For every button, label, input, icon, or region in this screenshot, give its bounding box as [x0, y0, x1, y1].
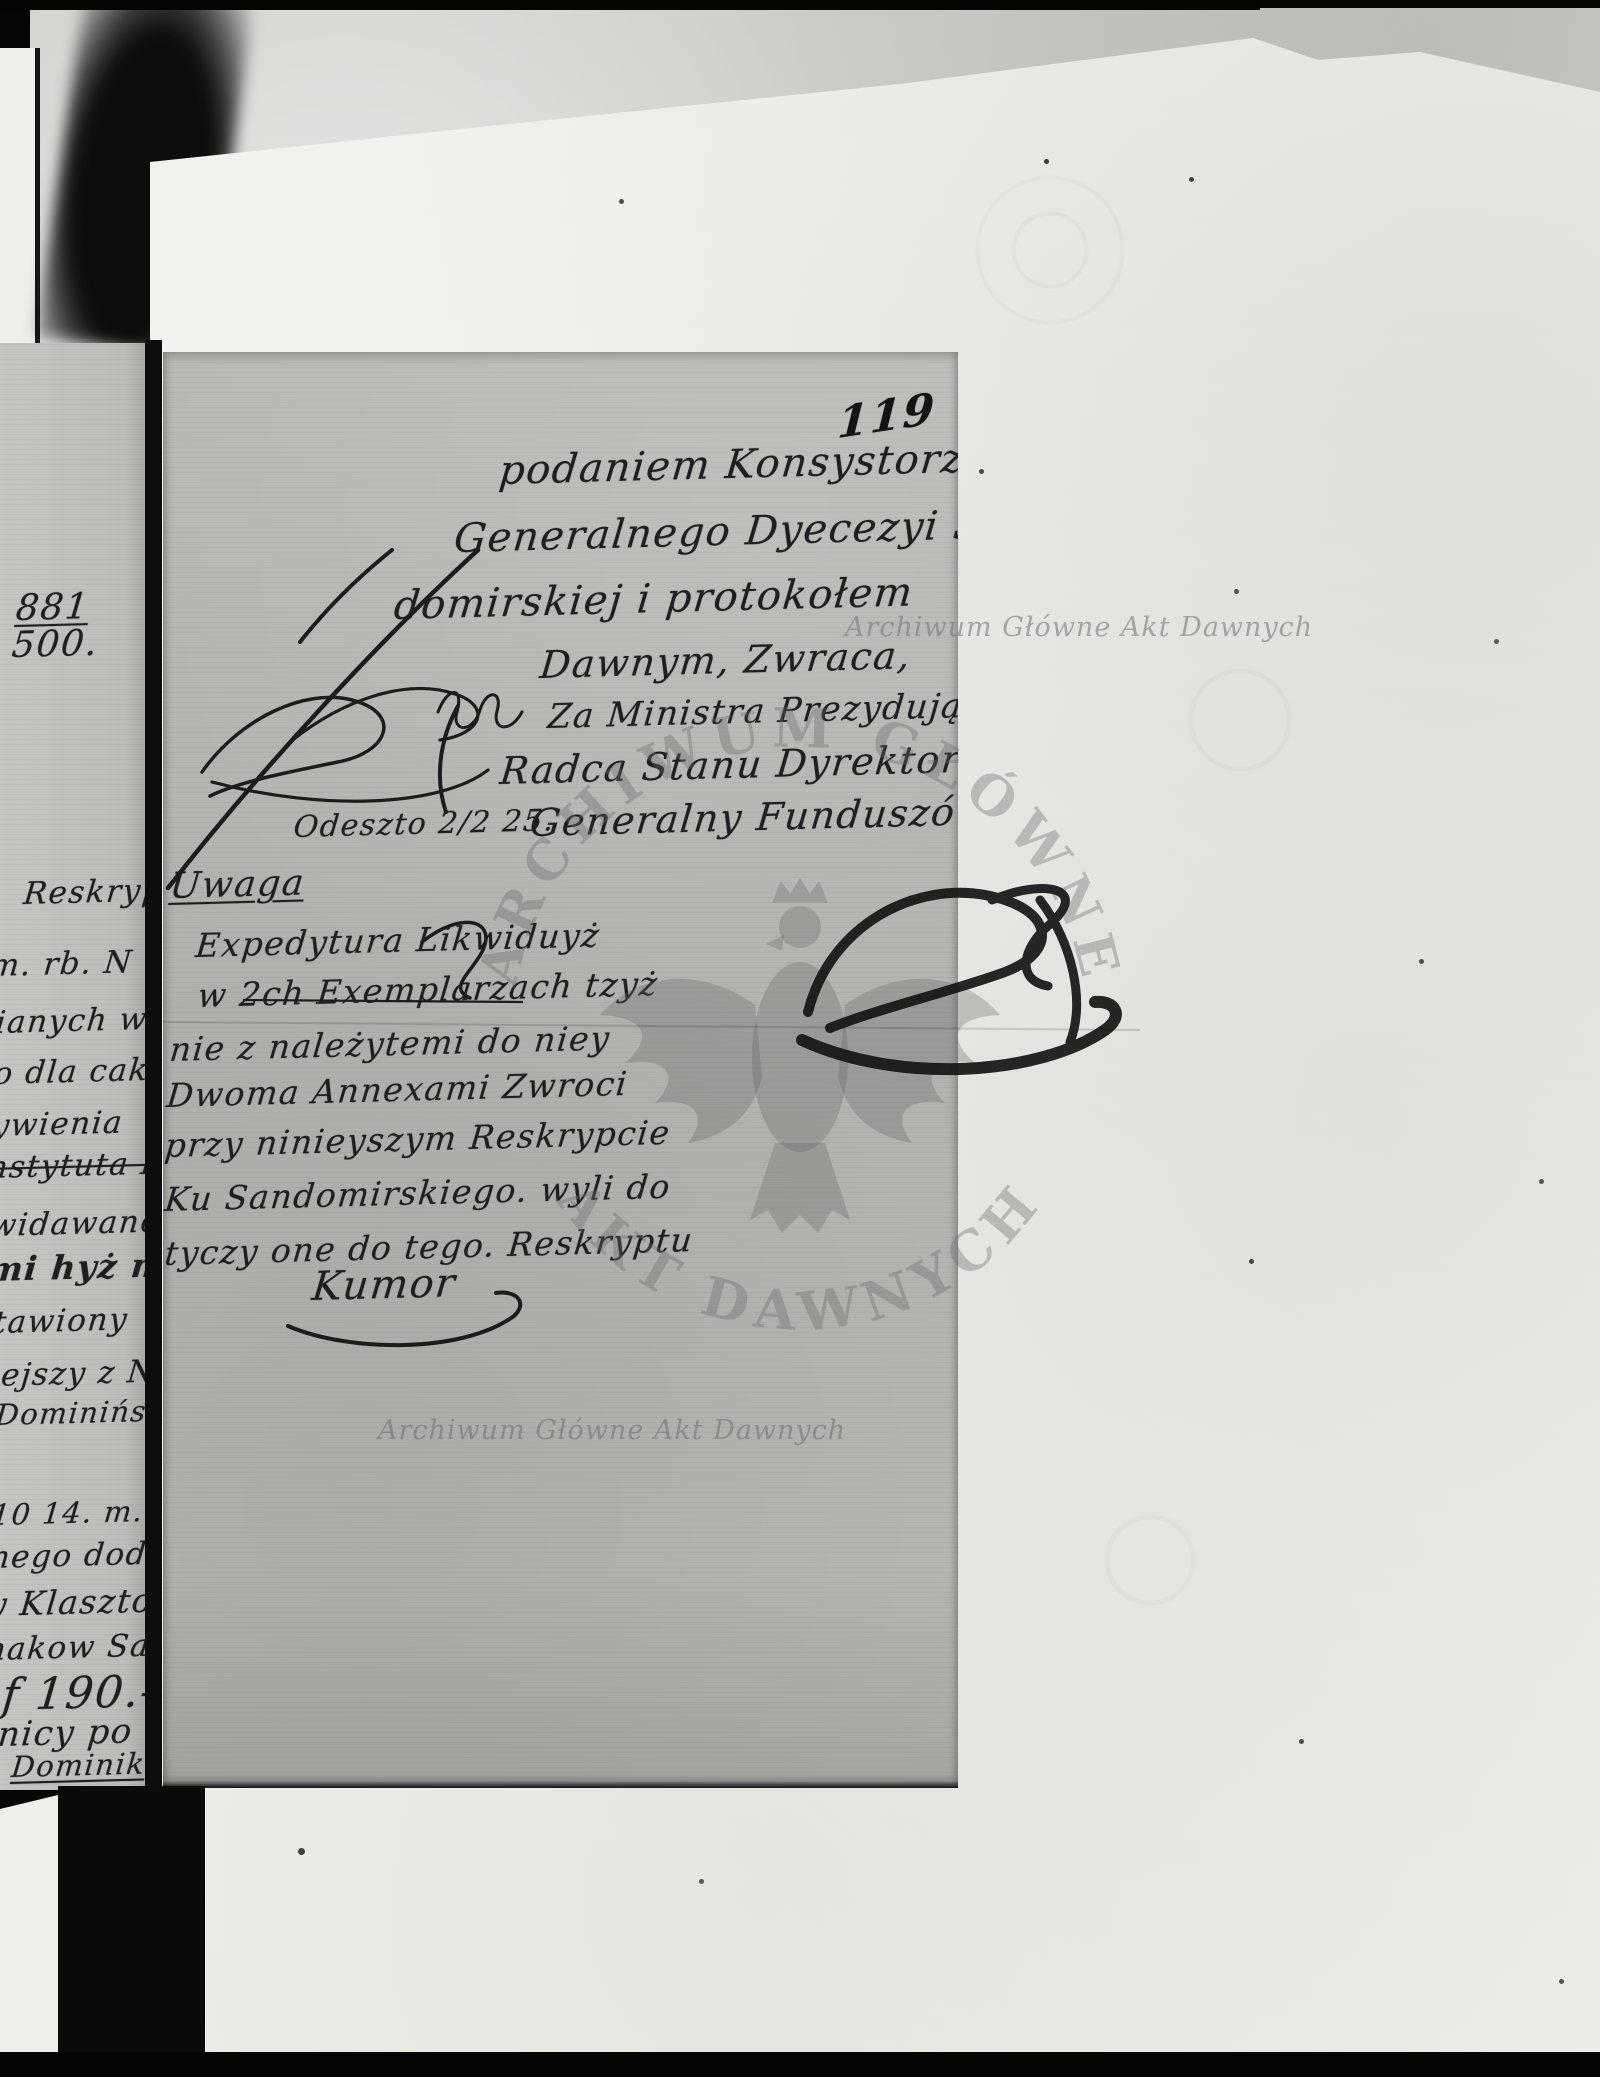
left-fragment: Dominik	[10, 1747, 147, 1784]
archival-scan: 881 500. Reskrypt m. rb. N ianych w o dl…	[0, 0, 1600, 2077]
document-text-line: Generalny Funduszów	[528, 789, 958, 845]
document-text-line: Za Ministra Prezydującego,	[546, 684, 958, 737]
left-fragment: m. rb. N	[0, 944, 134, 984]
left-fragment: nstytuta D	[0, 1145, 147, 1186]
left-fragment: Dominińsk	[0, 1394, 147, 1432]
left-fragment: Reskrypt	[22, 872, 147, 912]
film-border-bottom	[0, 2052, 1600, 2077]
document-page: 119 podaniem Konsystorza Generalnego Dye…	[163, 352, 958, 1788]
left-fragment: ianych w	[0, 1001, 147, 1041]
left-fragment: mi hyż m	[0, 1245, 147, 1289]
left-fragment: widawane	[0, 1204, 147, 1244]
left-fragment: tawiony	[0, 1302, 130, 1341]
note-text-line: nie z należytemi do niey	[168, 1019, 612, 1069]
film-black-area	[58, 1786, 205, 2056]
left-fragment: ywienia	[0, 1105, 125, 1144]
left-fragment: 500.	[10, 623, 100, 666]
note-text-line: Expedytura Likwiduyż	[194, 915, 602, 965]
document-text-line: Radca Stanu Dyrektor	[498, 737, 958, 793]
document-text-line: Dawnym, Zwraca,	[538, 633, 913, 687]
note-text-line: w 2ch Exemplarzach tzyż	[196, 964, 660, 1015]
left-fragment: 10 14. m. rb.	[0, 1493, 147, 1532]
document-text-line: Generalnego Dyecezyi San	[452, 501, 958, 562]
note-text-line: Ku Sandomirskiego. wyli do	[163, 1167, 673, 1219]
document-text-line: podaniem Konsystorza	[497, 435, 958, 494]
note-text-line: Dwoma Annexami Zwroci	[165, 1064, 630, 1115]
left-fragment: nakow San	[0, 1627, 147, 1668]
white-page-fragment	[0, 48, 40, 346]
document-text-line: domirskiej i protokołem	[392, 569, 916, 629]
note-text-line: przy ninieyszym Reskrypcie	[163, 1113, 673, 1165]
left-fragment: iejszy z No	[0, 1353, 147, 1394]
left-fragment: nego doda	[0, 1535, 147, 1576]
left-partial-page: 881 500. Reskrypt m. rb. N ianych w o dl…	[0, 343, 147, 1790]
note-heading: Uwaga	[168, 862, 307, 907]
bottom-sheet-corner	[0, 1795, 58, 2055]
page-gap-strip	[145, 340, 162, 1790]
left-fragment: o dla cak	[0, 1052, 147, 1092]
dispatch-note: Odeszto 2/2 25.	[292, 803, 557, 845]
left-fragment: y Klaszto	[0, 1581, 147, 1624]
film-border-top	[0, 0, 1260, 10]
note-signature: Kumor	[310, 1260, 458, 1310]
